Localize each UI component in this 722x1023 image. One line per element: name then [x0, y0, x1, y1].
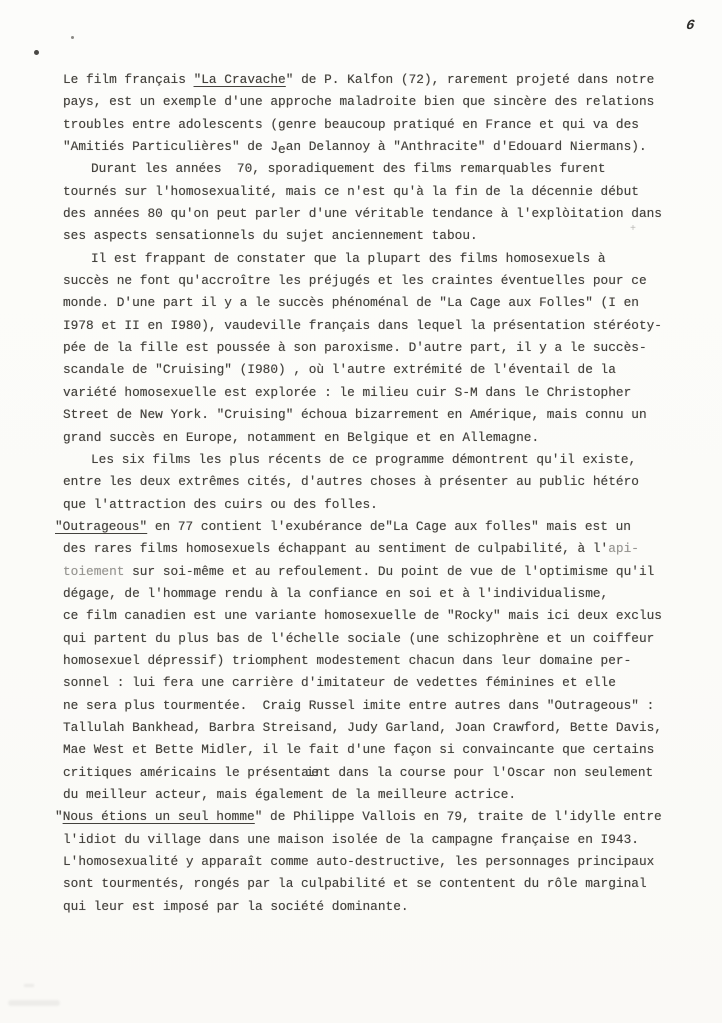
underlined-film-title: Nous étions un seul homme [63, 809, 255, 824]
text-segment: I978 et II en I980), vaudeville français… [63, 318, 662, 333]
text-segment: variété homosexuelle est explorée : le m… [63, 385, 631, 400]
text-segment: Le film français [63, 72, 194, 87]
text-segment: tournés sur l'homosexualité, mais ce n'e… [63, 184, 639, 199]
text-segment: " de Philippe Vallois en 79, traite de l… [255, 809, 662, 824]
text-segment: que l'attraction des cuirs ou des folles… [63, 497, 378, 512]
underlined-film-title: "La Cravache [194, 72, 286, 87]
text-segment: pée de la fille est poussée à son paroxi… [63, 340, 647, 355]
text-segment: du meilleur acteur, mais également de la… [63, 787, 516, 802]
text-segment: en 77 contient l'exubérance de"La Cage a… [147, 519, 631, 534]
text-segment: pays, est un exemple d'une approche mala… [63, 94, 654, 109]
text-segment: grand succès en Europe, notamment en Bel… [63, 430, 539, 445]
text-segment: homosexuel dépressif) triomphent modeste… [63, 653, 631, 668]
text-segment: l'idiot du village dans une maison isolé… [63, 832, 639, 847]
text-line: critiques américains le présentaient dan… [63, 762, 693, 784]
document-body: Le film français "La Cravache" de P. Kal… [63, 69, 693, 918]
text-segment: Il est frappant de constater que la plup… [91, 251, 606, 266]
text-segment: " de P. Kalfon (72), rarement projeté da… [286, 72, 655, 87]
text-line: Tallulah Bankhead, Barbra Streisand, Jud… [63, 717, 693, 739]
text-line: Le film français "La Cravache" de P. Kal… [63, 69, 693, 91]
text-segment: e [278, 142, 286, 157]
text-line: succès ne font qu'accroître les préjugés… [63, 270, 693, 292]
text-line: sonnel : lui fera une carrière d'imitate… [63, 672, 693, 694]
text-line: ne sera plus tourmentée. Craig Russel im… [63, 695, 693, 717]
text-line: que l'attraction des cuirs ou des folles… [63, 494, 693, 516]
text-segment: succès ne font qu'accroître les préjugés… [63, 273, 647, 288]
text-line: qui leur est imposé par la société domin… [63, 896, 693, 918]
text-line: variété homosexuelle est explorée : le m… [63, 382, 693, 404]
text-line: homosexuel dépressif) triomphent modeste… [63, 650, 693, 672]
text-segment: sur soi-même et au refoulement. Du point… [124, 564, 654, 579]
text-line: I978 et II en I980), vaudeville français… [63, 315, 693, 337]
text-line: pays, est un exemple d'une approche mala… [63, 91, 693, 113]
text-segment: nt dans la course pour l'Oscar non seule… [315, 765, 653, 780]
text-segment: qui partent du plus bas de l'échelle soc… [63, 631, 654, 646]
text-segment: " [55, 809, 63, 824]
text-line: qui partent du plus bas de l'échelle soc… [63, 628, 693, 650]
text-line: troubles entre adolescents (genre beauco… [63, 114, 693, 136]
text-segment: qui leur est imposé par la société domin… [63, 899, 409, 914]
text-line: des rares films homosexuels échappant au… [63, 538, 693, 560]
text-line: Durant les années 70, sporadiquement des… [63, 158, 693, 180]
text-segment: sont tourmentés, rongés par la culpabili… [63, 876, 647, 891]
text-line: scandale de "Cruising" (I980) , où l'aut… [63, 359, 693, 381]
text-segment: "Amitiés Particulières" de J [63, 139, 278, 154]
text-line: tournés sur l'homosexualité, mais ce n'e… [63, 181, 693, 203]
text-segment: an Delannoy à "Anthracite" d'Edouard Nie… [286, 139, 647, 154]
text-line: "Outrageous" en 77 contient l'exubérance… [55, 516, 693, 538]
text-line: Il est frappant de constater que la plup… [63, 248, 693, 270]
scanned-page: 6 + Le film français "La Cravache" de P.… [0, 0, 722, 1023]
text-segment: Tallulah Bankhead, Barbra Streisand, Jud… [63, 720, 662, 735]
text-line: Street de New York. "Cruising" échoua bi… [63, 404, 693, 426]
text-line: ce film canadien est une variante homose… [63, 605, 693, 627]
text-segment: Mae West et Bette Midler, il le fait d'u… [63, 742, 654, 757]
text-segment: Les six films les plus récents de ce pro… [91, 452, 636, 467]
scan-smudge [8, 1000, 60, 1006]
text-line: entre les deux extrêmes cités, d'autres … [63, 471, 693, 493]
scan-smudge [24, 984, 34, 987]
text-segment: ses aspects sensationnels du sujet ancie… [63, 228, 478, 243]
text-segment: toiement [63, 564, 124, 579]
scan-speck [34, 50, 39, 55]
underlined-film-title: "Outrageous" [55, 519, 147, 534]
text-line: grand succès en Europe, notamment en Bel… [63, 427, 693, 449]
text-segment: dégage, de l'hommage rendu à la confianc… [63, 586, 608, 601]
text-segment: monde. D'une part il y a le succès phéno… [63, 295, 639, 310]
text-line: l'idiot du village dans une maison isolé… [63, 829, 693, 851]
text-line: Les six films les plus récents de ce pro… [63, 449, 693, 471]
text-segment: des années 80 qu'on peut parler d'une vé… [63, 206, 662, 221]
scan-speck [71, 36, 74, 39]
text-line: L'homosexualité y apparaît comme auto-de… [63, 851, 693, 873]
text-segment: sonnel : lui fera une carrière d'imitate… [63, 675, 616, 690]
text-line: toiement sur soi-même et au refoulement.… [63, 561, 693, 583]
text-line: monde. D'une part il y a le succès phéno… [63, 292, 693, 314]
text-segment: scandale de "Cruising" (I980) , où l'aut… [63, 362, 616, 377]
text-segment: Durant les années 70, sporadiquement des… [91, 161, 606, 176]
text-line: dégage, de l'hommage rendu à la confianc… [63, 583, 693, 605]
text-line: du meilleur acteur, mais également de la… [63, 784, 693, 806]
text-segment: ne sera plus tourmentée. Craig Russel im… [63, 698, 654, 713]
text-segment: L'homosexualité y apparaît comme auto-de… [63, 854, 654, 869]
text-segment: Street de New York. "Cruising" échoua bi… [63, 407, 647, 422]
text-segment: des rares films homosexuels échappant au… [63, 541, 608, 556]
text-line: des années 80 qu'on peut parler d'une vé… [63, 203, 693, 225]
text-line: sont tourmentés, rongés par la culpabili… [63, 873, 693, 895]
text-line: "Nous étions un seul homme" de Philippe … [55, 806, 693, 828]
text-segment: entre les deux extrêmes cités, d'autres … [63, 474, 639, 489]
page-number: 6 [684, 18, 695, 34]
text-line: "Amitiés Particulières" de Jean Delannoy… [63, 136, 693, 158]
text-segment: troubles entre adolescents (genre beauco… [63, 117, 639, 132]
text-segment: ce film canadien est une variante homose… [63, 608, 662, 623]
text-line: Mae West et Bette Midler, il le fait d'u… [63, 739, 693, 761]
text-segment: api- [608, 541, 639, 556]
text-line: ses aspects sensationnels du sujet ancie… [63, 225, 693, 247]
text-segment: critiques américains le présent [63, 765, 301, 780]
text-line: pée de la fille est poussée à son paroxi… [63, 337, 693, 359]
